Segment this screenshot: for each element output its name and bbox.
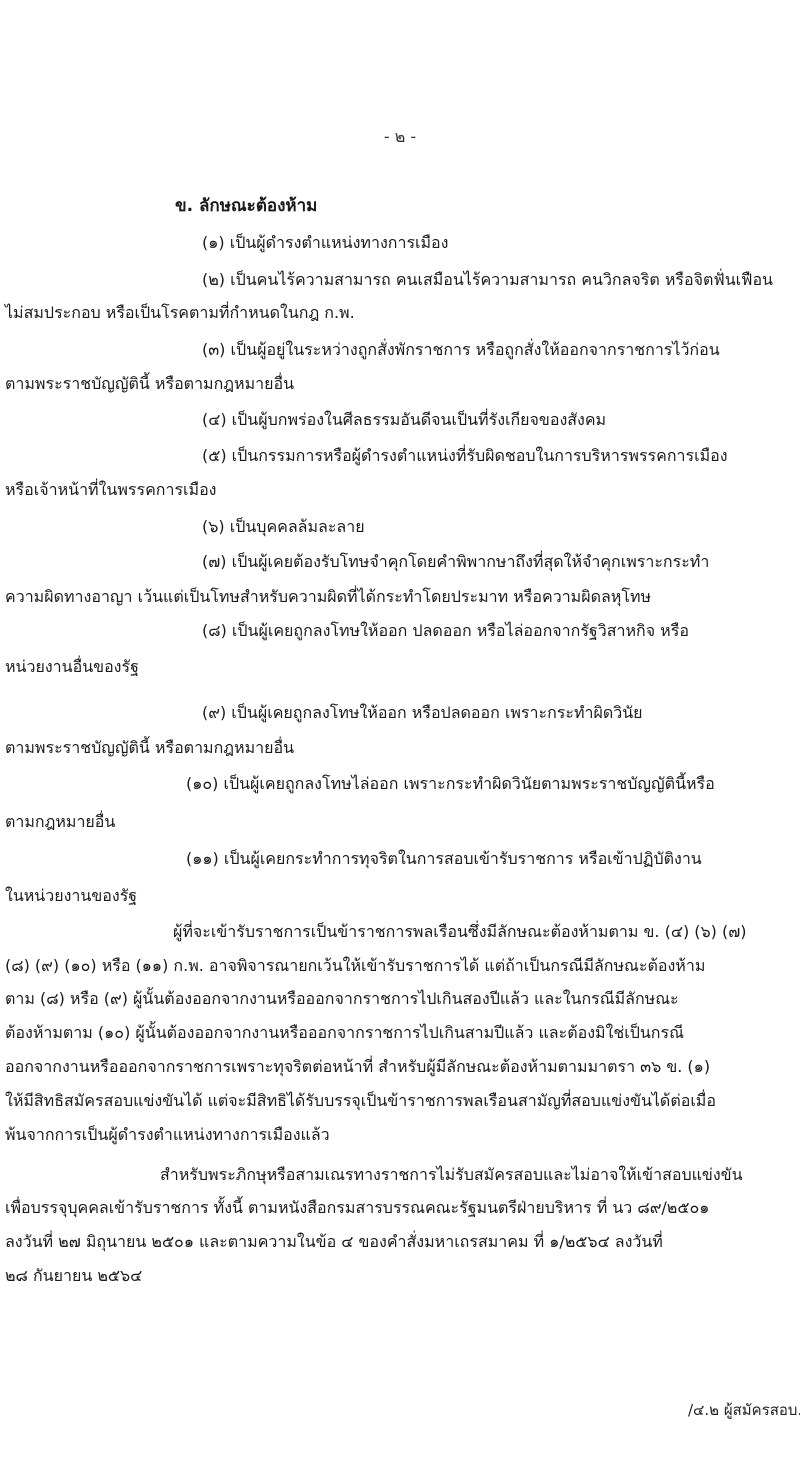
list-item-2-line-2: ไม่สมประกอบ หรือเป็นโรคตามที่กำหนดในกฎ ก…	[5, 303, 355, 323]
monks-paragraph-line-3: ลงวันที่ ๒๗ มิถุนายน ๒๕๐๑ และตามความในข้…	[5, 1232, 663, 1252]
exemption-paragraph-line-1: ผู้ที่จะเข้ารับราชการเป็นข้าราชการพลเรือ…	[173, 922, 747, 942]
list-item-11-line-1: (๑๑) เป็นผู้เคยกระทำการทุจริตในการสอบเข้…	[186, 849, 702, 869]
exemption-paragraph-line-4: ต้องห้ามตาม (๑๐) ผู้นั้นต้องออกจากงานหรื…	[5, 1023, 684, 1043]
list-item-11-line-2: ในหน่วยงานของรัฐ	[5, 886, 137, 906]
list-item-5-line-2: หรือเจ้าหน้าที่ในพรรคการเมือง	[5, 480, 216, 500]
list-item-9-line-2: ตามพระราชบัญญัตินี้ หรือตามกฎหมายอื่น	[5, 738, 294, 758]
monks-paragraph-line-4: ๒๘ กันยายน ๒๕๖๔	[5, 1266, 142, 1286]
list-item-2-line-1: (๒) เป็นคนไร้ความสามารถ คนเสมือนไร้ความส…	[202, 270, 800, 290]
list-item-7-line-2: ความผิดทางอาญา เว้นแต่เป็นโทษสำหรับความผ…	[5, 587, 651, 607]
list-item-3-line-1: (๓) เป็นผู้อยู่ในระหว่างถูกสั่งพักราชการ…	[202, 340, 720, 360]
list-item-4: (๔) เป็นผู้บกพร่องในศีลธรรมอันดีจนเป็นที…	[202, 410, 606, 430]
exemption-paragraph-line-3: ตาม (๘) หรือ (๙) ผู้นั้นต้องออกจากงานหรื…	[5, 989, 679, 1009]
exemption-paragraph-line-6: ให้มีสิทธิสมัครสอบแข่งขันได้ แต่จะมีสิทธ…	[5, 1091, 716, 1111]
continuation-note: /๔.๒ ผู้สมัครสอบ...	[688, 1398, 800, 1422]
list-item-8-line-1: (๘) เป็นผู้เคยถูกลงโทษให้ออก ปลดออก หรือ…	[202, 621, 689, 641]
list-item-1: (๑) เป็นผู้ดำรงตำแหน่งทางการเมือง	[202, 233, 448, 253]
list-item-10-line-1: (๑๐) เป็นผู้เคยถูกลงโทษไล่ออก เพราะกระทำ…	[186, 774, 715, 794]
list-item-6: (๖) เป็นบุคคลล้มละลาย	[202, 517, 365, 537]
list-item-7-line-1: (๗) เป็นผู้เคยต้องรับโทษจำคุกโดยคำพิพากษ…	[202, 552, 709, 572]
list-item-5-line-1: (๕) เป็นกรรมการหรือผู้ดำรงตำแหน่งที่รับผ…	[202, 446, 728, 466]
page-number: - ๒ -	[0, 125, 800, 150]
section-heading: ข. ลักษณะต้องห้าม	[175, 196, 317, 216]
list-item-10-line-2: ตามกฎหมายอื่น	[5, 812, 115, 832]
exemption-paragraph-line-5: ออกจากงานหรือออกจากราชการเพราะทุจริตต่อห…	[5, 1057, 710, 1077]
list-item-8-line-2: หน่วยงานอื่นของรัฐ	[5, 657, 139, 677]
exemption-paragraph-line-7: พ้นจากการเป็นผู้ดำรงตำแหน่งทางการเมืองแล…	[5, 1125, 330, 1145]
exemption-paragraph-line-2: (๘) (๙) (๑๐) หรือ (๑๑) ก.พ. อาจพิจารณายก…	[5, 956, 705, 976]
monks-paragraph-line-2: เพื่อบรรจุบุคคลเข้ารับราชการ ทั้งนี้ ตาม…	[5, 1198, 709, 1218]
list-item-9-line-1: (๙) เป็นผู้เคยถูกลงโทษให้ออก หรือปลดออก …	[202, 703, 643, 723]
list-item-3-line-2: ตามพระราชบัญญัตินี้ หรือตามกฎหมายอื่น	[5, 374, 294, 394]
monks-paragraph-line-1: สำหรับพระภิกษุหรือสามเณรทางราชการไม่รับส…	[160, 1165, 743, 1185]
